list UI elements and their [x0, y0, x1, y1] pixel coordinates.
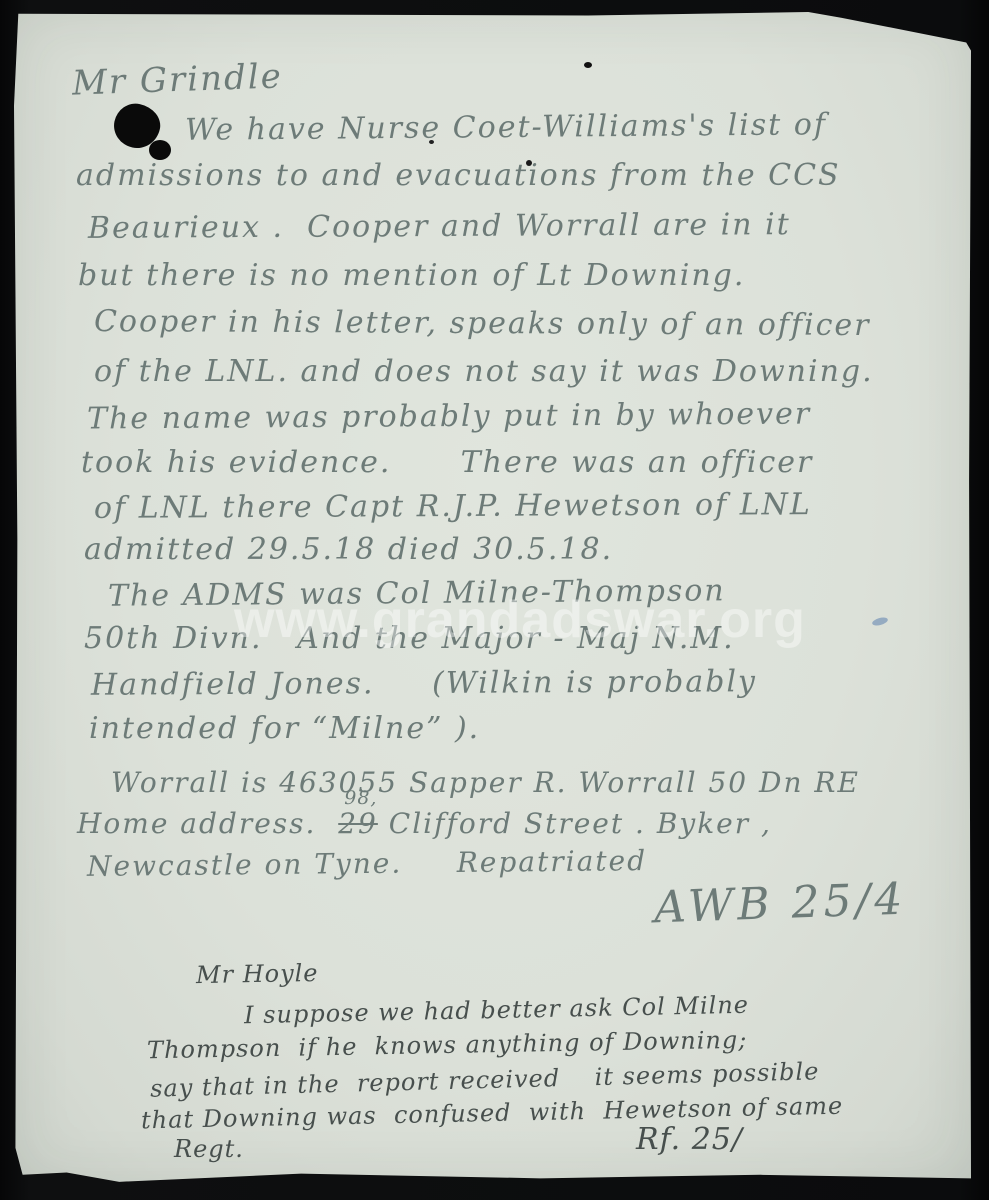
- handwritten-line: took his evidence. There was an officer: [81, 445, 813, 480]
- ink-blot: [149, 140, 171, 160]
- blue-ink-mark: [871, 616, 888, 627]
- handwritten-line: but there is no mention of Lt Downing.: [78, 258, 745, 293]
- handwritten-line: intended for “Milne” ).: [89, 711, 480, 746]
- signature-initials: AWB 25/4: [653, 874, 907, 934]
- note-line: Thompson if he knows anything of Downing…: [147, 1026, 748, 1064]
- handwritten-line: Newcastle on Tyne. Repatriated: [87, 844, 647, 883]
- handwritten-line: Cooper in his letter, speaks only of an …: [94, 304, 871, 343]
- corrected-number: 98,29: [338, 807, 378, 840]
- home-address-line: Home address. 98,29 Clifford Street . By…: [77, 807, 772, 840]
- letter-page: Mr Grindle We have Nurse Coet-Williams's…: [14, 12, 971, 1183]
- struck-number: 29: [338, 807, 378, 840]
- handwritten-line: admitted 29.5.18 died 30.5.18.: [84, 532, 613, 567]
- handwritten-line: of LNL there Capt R.J.P. Hewetson of LNL: [94, 487, 812, 526]
- handwritten-line: Worrall is 463055 Sapper R. Worrall 50 D…: [111, 766, 860, 799]
- handwritten-line: admissions to and evacuations from the C…: [76, 158, 841, 193]
- salutation: Mr Grindle: [71, 56, 283, 103]
- superscript-correction: 98,: [344, 787, 377, 809]
- note-line: Regt.: [174, 1135, 244, 1163]
- note-initials-date: Rf. 25/: [636, 1122, 743, 1157]
- handwritten-line: of the LNL. and does not say it was Down…: [94, 354, 874, 389]
- note-salutation: Mr Hoyle: [196, 959, 319, 989]
- handwritten-line: Handfield Jones. (Wilkin is probably: [91, 664, 757, 702]
- handwritten-line: The name was probably put in by whoever: [87, 396, 811, 436]
- watermark: www.grandadswar.org: [234, 590, 794, 650]
- address-suffix: Clifford Street . Byker ,: [378, 807, 772, 840]
- handwritten-line: We have Nurse Coet-Williams's list of: [185, 107, 827, 148]
- ink-speck: [584, 62, 592, 68]
- handwritten-line: Beaurieux . Cooper and Worrall are in it: [88, 207, 791, 246]
- note-line: I suppose we had better ask Col Milne: [244, 991, 749, 1030]
- address-prefix: Home address.: [77, 807, 338, 840]
